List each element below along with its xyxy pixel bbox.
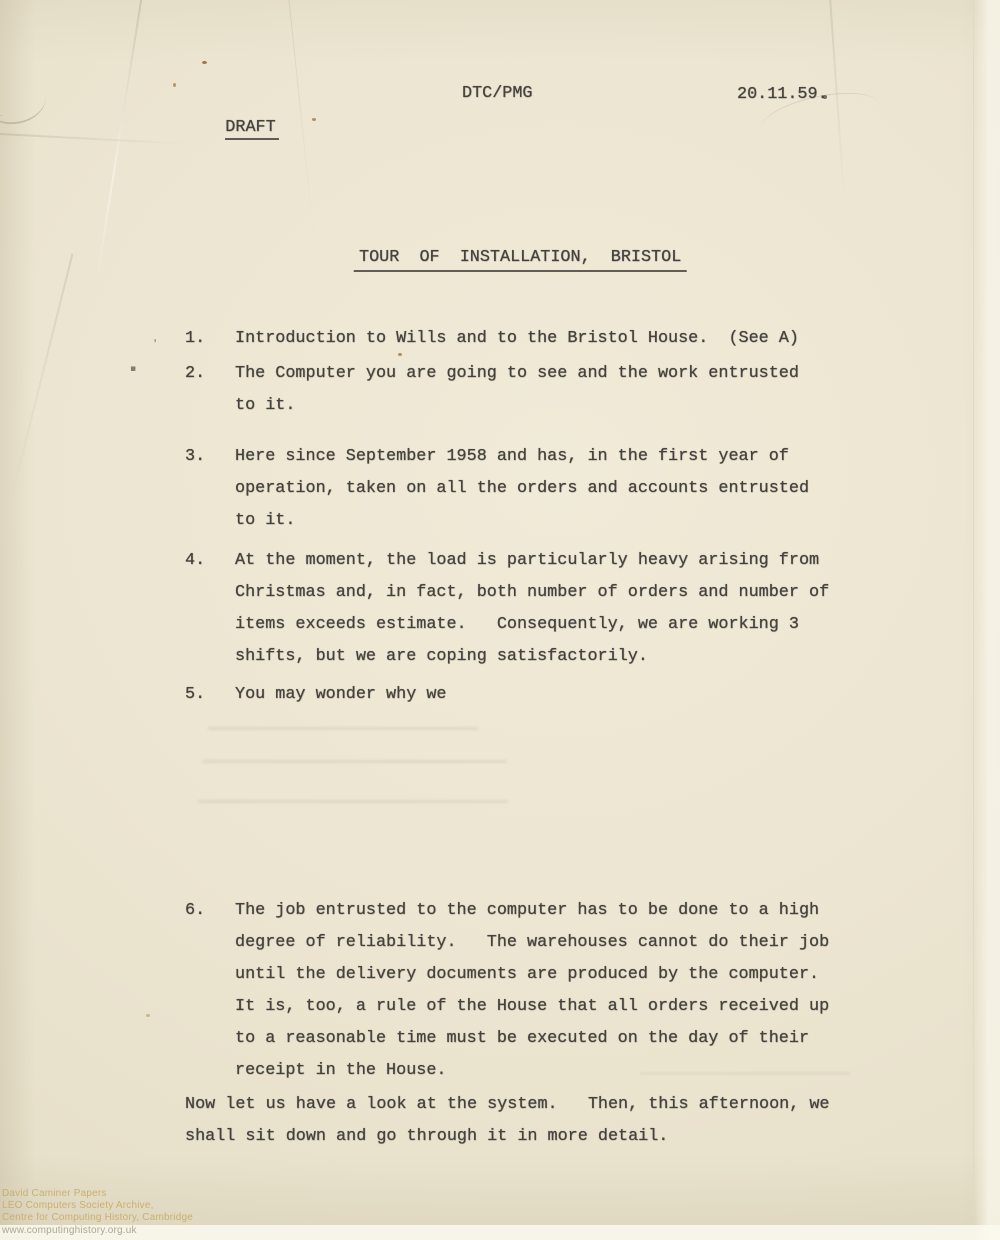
paper-crease xyxy=(0,70,49,128)
reference-label: DTC/PMG xyxy=(462,78,533,110)
page-title-text: TOUR OF INSTALLATION, BRISTOL xyxy=(354,248,686,272)
ink-ghost-line xyxy=(198,800,508,803)
paper-crease xyxy=(286,0,314,239)
archive-watermark-line: David Caminer Papers xyxy=(2,1188,107,1200)
ink-ghost-line xyxy=(208,727,478,730)
item-number: 2. xyxy=(185,358,205,390)
paper-fold-mark xyxy=(0,83,18,119)
paper-crease xyxy=(9,254,74,507)
item-text: At the moment, the load is particularly … xyxy=(235,545,855,673)
scanned-document-page: ‚ ▪ DRAFT DTC/PMG 20.11.59. TOUR OF INST… xyxy=(0,0,1000,1240)
draft-label: DRAFT xyxy=(185,80,279,176)
draft-label-text: DRAFT xyxy=(225,118,278,140)
item-number: 5. xyxy=(185,679,205,711)
paper-speck xyxy=(312,118,316,121)
paper-right-edge xyxy=(973,0,1000,1240)
item-text: You may wonder why we xyxy=(235,679,855,711)
archive-watermark-line: Centre for Computing History, Cambridge xyxy=(2,1212,193,1224)
paper-crease xyxy=(95,0,144,288)
archive-watermark-line: LEO Computers Society Archive, xyxy=(2,1200,154,1212)
item-number: 6. xyxy=(185,895,205,927)
scan-bottom-strip xyxy=(0,1225,1000,1240)
archive-watermark-url: www.computinghistory.org.uk xyxy=(2,1225,137,1237)
item-text: Introduction to Wills and to the Bristol… xyxy=(235,323,855,355)
paper-speck xyxy=(146,1014,150,1017)
item-text: The Computer you are going to see and th… xyxy=(235,358,855,422)
paper-crease xyxy=(0,133,190,145)
paper-speck xyxy=(173,83,176,87)
item-text: Here since September 1958 and has, in th… xyxy=(235,441,855,537)
pencil-dot-mark: ▪ xyxy=(130,364,136,374)
item-number: 4. xyxy=(185,545,205,577)
closing-paragraph: Now let us have a look at the system. Th… xyxy=(185,1089,830,1153)
paper-crease xyxy=(829,0,846,202)
page-title: TOUR OF INSTALLATION, BRISTOL xyxy=(314,210,687,306)
item-number: 1. xyxy=(185,323,205,355)
ink-ghost-line xyxy=(202,760,507,763)
item-text: The job entrusted to the computer has to… xyxy=(235,895,855,1087)
pencil-tick-mark: ‚ xyxy=(150,330,158,344)
paper-speck xyxy=(202,61,207,64)
item-number: 3. xyxy=(185,441,205,473)
date-label: 20.11.59. xyxy=(737,79,828,111)
